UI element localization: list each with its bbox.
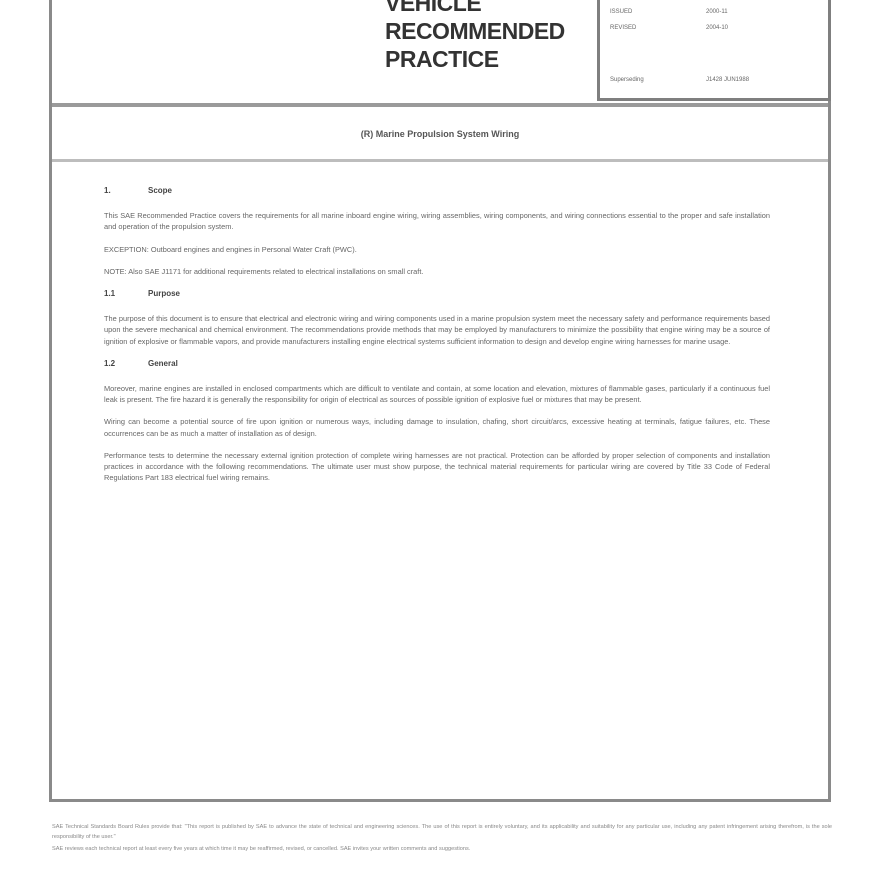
section-number: 1. bbox=[104, 185, 148, 196]
legal-footer: SAE Technical Standards Board Rules prov… bbox=[52, 822, 832, 856]
section-title: General bbox=[148, 358, 178, 369]
section-title: Scope bbox=[148, 185, 172, 196]
section-scope: 1. Scope This SAE Recommended Practice c… bbox=[104, 185, 770, 277]
section-purpose: 1.1 Purpose The purpose of this document… bbox=[104, 288, 770, 347]
section-heading: 1.1 Purpose bbox=[104, 288, 770, 299]
document-header: VEHICLE RECOMMENDED PRACTICE ISSUED 2000… bbox=[52, 0, 828, 107]
paragraph: NOTE: Also SAE J1171 for additional requ… bbox=[104, 266, 770, 277]
document-body: 1. Scope This SAE Recommended Practice c… bbox=[104, 185, 770, 494]
paragraph: Wiring can become a potential source of … bbox=[104, 416, 770, 438]
title-band: (R) Marine Propulsion System Wiring bbox=[52, 107, 828, 162]
revised-label: REVISED bbox=[610, 25, 706, 31]
doc-type-line: VEHICLE bbox=[385, 0, 565, 17]
section-heading: 1.2 General bbox=[104, 358, 770, 369]
document-type: VEHICLE RECOMMENDED PRACTICE bbox=[385, 0, 565, 73]
footer-paragraph: SAE reviews each technical report at lea… bbox=[52, 844, 832, 854]
section-number: 1.1 bbox=[104, 288, 148, 299]
issued-row: ISSUED 2000-11 bbox=[610, 9, 810, 15]
document-title: (R) Marine Propulsion System Wiring bbox=[52, 129, 828, 139]
doc-type-line: RECOMMENDED bbox=[385, 17, 565, 45]
section-title: Purpose bbox=[148, 288, 180, 299]
footer-paragraph: SAE Technical Standards Board Rules prov… bbox=[52, 822, 832, 842]
doc-type-line: PRACTICE bbox=[385, 45, 565, 73]
issue-info-box: ISSUED 2000-11 REVISED 2004-10 Supersedi… bbox=[597, 0, 831, 101]
section-number: 1.2 bbox=[104, 358, 148, 369]
superseding-value: J1428 JUN1988 bbox=[706, 77, 749, 83]
paragraph: EXCEPTION: Outboard engines and engines … bbox=[104, 244, 770, 255]
paragraph: This SAE Recommended Practice covers the… bbox=[104, 210, 770, 232]
revised-row: REVISED 2004-10 bbox=[610, 25, 810, 31]
paragraph: The purpose of this document is to ensur… bbox=[104, 313, 770, 347]
section-general: 1.2 General Moreover, marine engines are… bbox=[104, 358, 770, 484]
document-frame: VEHICLE RECOMMENDED PRACTICE ISSUED 2000… bbox=[49, 0, 831, 802]
paragraph: Performance tests to determine the neces… bbox=[104, 450, 770, 484]
revised-value: 2004-10 bbox=[706, 25, 728, 31]
superseding-label: Superseding bbox=[610, 77, 706, 83]
superseding-row: Superseding J1428 JUN1988 bbox=[610, 77, 810, 83]
issued-value: 2000-11 bbox=[706, 9, 728, 15]
issued-label: ISSUED bbox=[610, 9, 706, 15]
section-heading: 1. Scope bbox=[104, 185, 770, 196]
paragraph: Moreover, marine engines are installed i… bbox=[104, 383, 770, 405]
